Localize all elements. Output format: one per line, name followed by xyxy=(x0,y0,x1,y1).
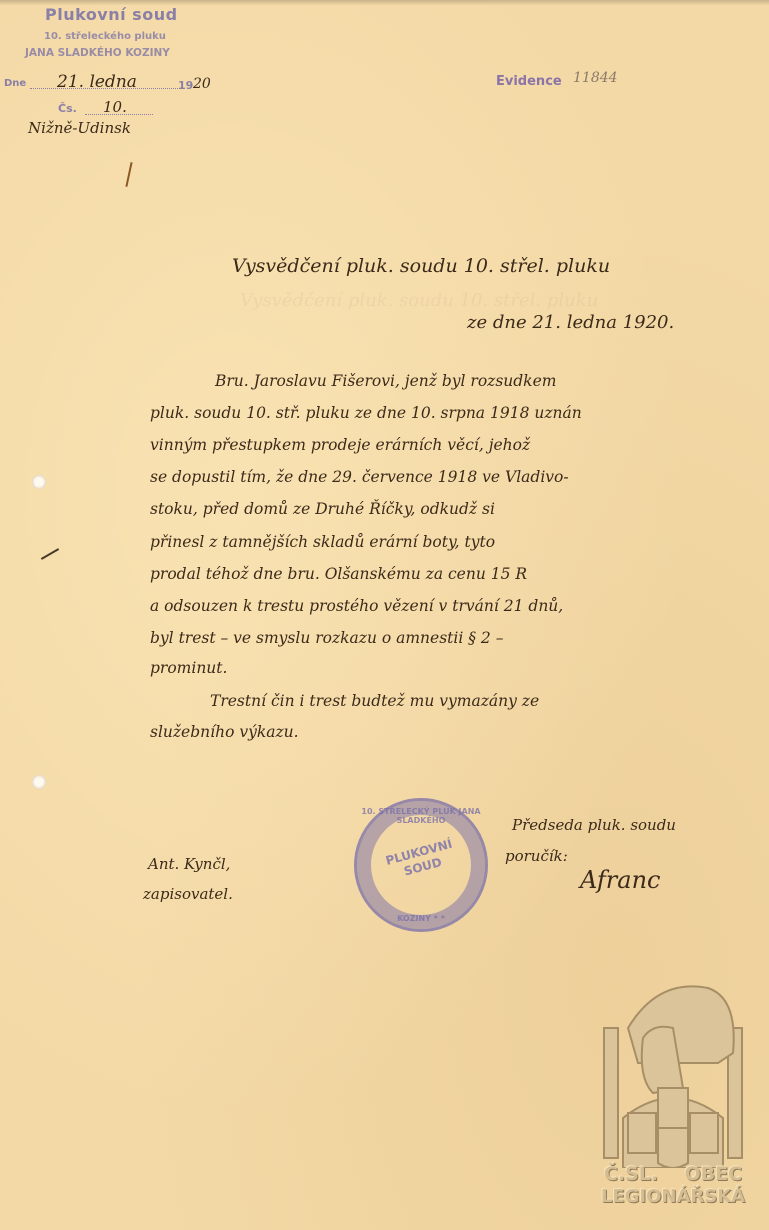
clerk-name: Ant. Kynčl, xyxy=(148,855,230,873)
body-line: vinným přestupkem prodeje erárních věcí,… xyxy=(150,436,530,454)
stamp-year-prefix: 19 xyxy=(178,79,193,92)
handwritten-date: 21. ledna xyxy=(57,72,137,92)
punch-hole xyxy=(32,775,46,789)
logo-text-line1: Č.SL. OBEC xyxy=(598,1163,748,1185)
body-line: prominut. xyxy=(150,659,227,677)
seal-ring-bottom: KOZINY * * xyxy=(357,914,485,923)
stamp-regiment-name: JANA SLADKÉHO KOZINY xyxy=(25,47,170,59)
chairman-signature: Afranc xyxy=(580,866,660,894)
body-line: stoku, před domů ze Druhé Říčky, odkudž … xyxy=(150,500,495,518)
legion-logo-watermark: Č.SL. OBEC LEGIONÁŘSKÁ xyxy=(598,968,748,1218)
seal-center-text: PLUKOVNÍ SOUD xyxy=(355,829,486,891)
punch-hole xyxy=(32,475,46,489)
document-date: ze dne 21. ledna 1920. xyxy=(467,312,674,333)
handwritten-year: 20 xyxy=(193,76,211,92)
body-line: Trestní čin i trest budtež mu vymazány z… xyxy=(210,692,539,710)
bleed-through-text: Vysvědčení pluk. soudu 10. střel. pluku xyxy=(240,290,598,311)
body-line: přinesl z tamnějších skladů erární boty,… xyxy=(150,533,495,551)
document-title: Vysvědčení pluk. soudu 10. střel. pluku xyxy=(232,255,610,277)
stamp-court-title: Plukovní soud xyxy=(45,5,178,24)
handwritten-number: 10. xyxy=(103,98,127,116)
body-line: a odsouzen k trestu prostého vězení v tr… xyxy=(150,597,563,615)
body-line: Bru. Jaroslavu Fišerovi, jenž byl rozsud… xyxy=(215,372,556,390)
body-line: prodal téhož dne bru. Olšanskému za cenu… xyxy=(150,565,527,583)
ink-mark xyxy=(125,162,132,187)
evidence-number: 11844 xyxy=(573,70,618,86)
document-page: Plukovní soud 10. střeleckého pluku JANA… xyxy=(0,0,769,1230)
seal-ring-text: 10. STŘELECKÝ PLUK JANA SLADKÉHO xyxy=(357,807,485,825)
body-line: pluk. soudu 10. stř. pluku ze dne 10. sr… xyxy=(150,404,582,422)
stamp-regiment-line: 10. střeleckého pluku xyxy=(44,31,166,42)
chairman-title: Předseda pluk. soudu xyxy=(512,816,676,834)
regiment-court-seal: 10. STŘELECKÝ PLUK JANA SLADKÉHO PLUKOVN… xyxy=(354,798,488,932)
stamp-date-label: Dne xyxy=(4,78,26,89)
body-line: služebního výkazu. xyxy=(150,723,299,741)
body-line: byl trest – ve smyslu rozkazu o amnestii… xyxy=(150,629,503,647)
logo-text-line2: LEGIONÁŘSKÁ xyxy=(598,1186,748,1207)
soldier-emblem-icon xyxy=(598,968,748,1168)
margin-scribble xyxy=(41,548,59,560)
handwritten-place: Nižně-Udinsk xyxy=(28,119,131,137)
clerk-role: zapisovatel. xyxy=(143,885,233,903)
stamp-number-label: Čs. xyxy=(58,102,77,115)
evidence-stamp-label: Evidence xyxy=(496,74,562,89)
chairman-rank: poručík: xyxy=(505,847,568,865)
body-line: se dopustil tím, že dne 29. července 191… xyxy=(150,468,569,486)
